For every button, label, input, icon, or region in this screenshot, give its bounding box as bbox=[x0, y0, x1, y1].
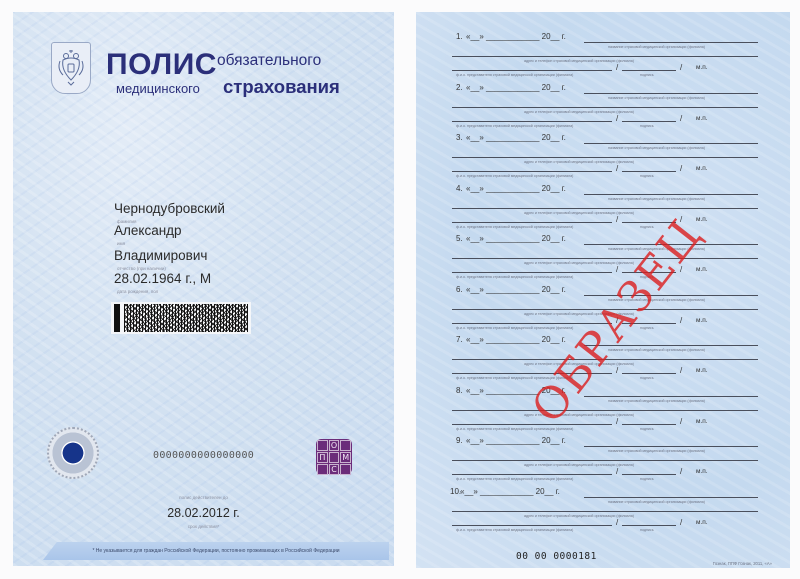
signature-caption: подпись bbox=[640, 73, 654, 77]
surname-value: Чернодубровский bbox=[114, 201, 225, 216]
date-field[interactable]: «__» ____________ 20__ г. bbox=[466, 83, 566, 92]
slash-left: / bbox=[616, 215, 618, 224]
insurer-record-row: 4.«__» ____________ 20__ г.название стра… bbox=[416, 184, 790, 234]
date-field[interactable]: «__» ____________ 20__ г. bbox=[466, 184, 566, 193]
serial-number: 00 00 0000181 bbox=[516, 551, 597, 562]
representative-caption: ф.и.о. представителя страховой медицинск… bbox=[456, 477, 573, 481]
org-name-caption: название страховой медицинской организац… bbox=[608, 45, 705, 49]
slash-left: / bbox=[616, 164, 618, 173]
representative-caption: ф.и.о. представителя страховой медицинск… bbox=[456, 124, 573, 128]
barcode-guard-bar bbox=[114, 304, 120, 332]
date-field[interactable]: «__» ____________ 20__ г. bbox=[460, 487, 560, 496]
title-medical: медицинского bbox=[116, 81, 200, 96]
row-number: 7. bbox=[456, 335, 463, 344]
representative-caption: ф.и.о. представителя страховой медицинск… bbox=[456, 326, 573, 330]
stamp-place: м.п. bbox=[696, 468, 708, 475]
org-name-caption: название страховой медицинской организац… bbox=[608, 449, 705, 453]
row-number: 4. bbox=[456, 184, 463, 193]
date-field[interactable]: «__» ____________ 20__ г. bbox=[466, 234, 566, 243]
insurer-record-row: 3.«__» ____________ 20__ г.название стра… bbox=[416, 133, 790, 183]
birthdate-sex-value: 28.02.1964 г., М bbox=[114, 271, 211, 286]
signature-caption: подпись bbox=[640, 124, 654, 128]
title-polis: ПОЛИС bbox=[106, 48, 217, 82]
org-name-caption: название страховой медицинской организац… bbox=[608, 197, 705, 201]
insurer-record-row: 10.«__» ____________ 20__ г.название стр… bbox=[416, 487, 790, 537]
valid-until-date: 28.02.2012 г. bbox=[13, 506, 394, 520]
representative-line[interactable] bbox=[452, 525, 612, 526]
stamp-place: м.п. bbox=[696, 165, 708, 172]
signature-line[interactable] bbox=[622, 121, 676, 122]
org-name-line[interactable] bbox=[584, 396, 758, 397]
slash-right: / bbox=[680, 114, 682, 123]
signature-caption: подпись bbox=[640, 225, 654, 229]
barcode-pattern bbox=[124, 304, 248, 332]
row-number: 1. bbox=[456, 32, 463, 41]
representative-line[interactable] bbox=[452, 474, 612, 475]
title-obligatory: обязательного bbox=[217, 52, 321, 70]
stamp-place: м.п. bbox=[696, 216, 708, 223]
org-address-line[interactable] bbox=[452, 208, 758, 209]
birthdate-sex-caption: дата рождения, пол bbox=[117, 289, 158, 294]
slash-right: / bbox=[680, 316, 682, 325]
signature-line[interactable] bbox=[622, 373, 676, 374]
signature-line[interactable] bbox=[622, 474, 676, 475]
representative-line[interactable] bbox=[452, 70, 612, 71]
row-number: 5. bbox=[456, 234, 463, 243]
row-number: 6. bbox=[456, 285, 463, 294]
stamp-place: м.п. bbox=[696, 115, 708, 122]
signature-caption: подпись bbox=[640, 528, 654, 532]
oms-logo-cell: М bbox=[340, 452, 351, 463]
date-field[interactable]: «__» ____________ 20__ г. bbox=[466, 335, 566, 344]
org-address-line[interactable] bbox=[452, 511, 758, 512]
slash-left: / bbox=[616, 467, 618, 476]
policy-front-page: ПОЛИС обязательного медицинского страхов… bbox=[13, 12, 394, 566]
slash-left: / bbox=[616, 518, 618, 527]
slash-right: / bbox=[680, 63, 682, 72]
date-field[interactable]: «__» ____________ 20__ г. bbox=[466, 285, 566, 294]
representative-caption: ф.и.о. представителя страховой медицинск… bbox=[456, 528, 573, 532]
stamp-place: м.п. bbox=[696, 367, 708, 374]
signature-caption: подпись bbox=[640, 477, 654, 481]
representative-caption: ф.и.о. представителя страховой медицинск… bbox=[456, 225, 573, 229]
representative-caption: ф.и.о. представителя страховой медицинск… bbox=[456, 275, 573, 279]
row-number: 3. bbox=[456, 133, 463, 142]
first-name-value: Александр bbox=[114, 223, 182, 238]
date-field[interactable]: «__» ____________ 20__ г. bbox=[466, 32, 566, 41]
signature-caption: подпись bbox=[640, 376, 654, 380]
slash-left: / bbox=[616, 114, 618, 123]
first-name-caption: имя bbox=[117, 241, 125, 246]
slash-left: / bbox=[616, 265, 618, 274]
date-field[interactable]: «__» ____________ 20__ г. bbox=[466, 133, 566, 142]
representative-line[interactable] bbox=[452, 171, 612, 172]
org-name-caption: название страховой медицинской организац… bbox=[608, 500, 705, 504]
oms-logo-cell bbox=[317, 464, 328, 475]
org-address-line[interactable] bbox=[452, 410, 758, 411]
oms-logo-cell bbox=[329, 452, 340, 463]
insurer-record-row: 8.«__» ____________ 20__ г.название стра… bbox=[416, 386, 790, 436]
valid-until-caption: полис действителен до bbox=[13, 495, 394, 500]
org-name-line[interactable] bbox=[584, 143, 758, 144]
slash-left: / bbox=[616, 417, 618, 426]
org-name-line[interactable] bbox=[584, 194, 758, 195]
insurer-record-row: 2.«__» ____________ 20__ г.название стра… bbox=[416, 83, 790, 133]
signature-line[interactable] bbox=[622, 171, 676, 172]
insurer-record-row: 9.«__» ____________ 20__ г.название стра… bbox=[416, 436, 790, 486]
stamp-place: м.п. bbox=[696, 519, 708, 526]
patronymic-value: Владимирович bbox=[114, 248, 207, 263]
slash-right: / bbox=[680, 467, 682, 476]
insurer-record-row: 5.«__» ____________ 20__ г.название стра… bbox=[416, 234, 790, 284]
oms-logo-icon: О П М С bbox=[316, 439, 352, 474]
stamp-place: м.п. bbox=[696, 64, 708, 71]
org-name-caption: название страховой медицинской организац… bbox=[608, 399, 705, 403]
slash-left: / bbox=[616, 63, 618, 72]
signature-caption: подпись bbox=[640, 174, 654, 178]
oms-logo-cell bbox=[340, 464, 351, 475]
date-field[interactable]: «__» ____________ 20__ г. bbox=[466, 436, 566, 445]
stamp-place: м.п. bbox=[696, 317, 708, 324]
org-name-line[interactable] bbox=[584, 446, 758, 447]
insurer-record-row: 1.«__» ____________ 20__ г.название стра… bbox=[416, 32, 790, 82]
org-name-line[interactable] bbox=[584, 93, 758, 94]
footer-band: * Не указывается для граждан Российской … bbox=[43, 542, 389, 560]
org-address-line[interactable] bbox=[452, 56, 758, 57]
oms-logo-cell: О bbox=[329, 440, 340, 451]
signature-line[interactable] bbox=[622, 424, 676, 425]
footnote: * Не указывается для граждан Российской … bbox=[92, 548, 339, 554]
printer-mark: Гознак, ППФ Гознак, 2011, «А» bbox=[713, 561, 772, 566]
org-name-line[interactable] bbox=[584, 42, 758, 43]
row-number: 2. bbox=[456, 83, 463, 92]
coat-of-arms-icon bbox=[51, 42, 91, 94]
org-name-caption: название страховой медицинской организац… bbox=[608, 146, 705, 150]
representative-caption: ф.и.о. представителя страховой медицинск… bbox=[456, 174, 573, 178]
slash-right: / bbox=[680, 164, 682, 173]
oms-logo-cell bbox=[340, 440, 351, 451]
ffoms-seal-icon bbox=[47, 427, 99, 479]
validity-term-caption: срок действия* bbox=[13, 524, 394, 529]
signature-line[interactable] bbox=[622, 70, 676, 71]
oms-logo-cell bbox=[317, 440, 328, 451]
row-number: 9. bbox=[456, 436, 463, 445]
stamp-place: м.п. bbox=[696, 418, 708, 425]
org-name-line[interactable] bbox=[584, 497, 758, 498]
representative-line[interactable] bbox=[452, 222, 612, 223]
policy-back-page: 1.«__» ____________ 20__ г.название стра… bbox=[416, 12, 790, 568]
signature-caption: подпись bbox=[640, 427, 654, 431]
stamp-place: м.п. bbox=[696, 266, 708, 273]
slash-right: / bbox=[680, 417, 682, 426]
representative-line[interactable] bbox=[452, 121, 612, 122]
signature-line[interactable] bbox=[622, 525, 676, 526]
representative-line[interactable] bbox=[452, 272, 612, 273]
row-number: 8. bbox=[456, 386, 463, 395]
oms-logo-cell: П bbox=[317, 452, 328, 463]
policy-number: 0000000000000000 bbox=[153, 450, 254, 461]
slash-right: / bbox=[680, 518, 682, 527]
org-address-line[interactable] bbox=[452, 460, 758, 461]
oms-logo-cell: С bbox=[329, 464, 340, 475]
representative-line[interactable] bbox=[452, 424, 612, 425]
org-name-caption: название страховой медицинской организац… bbox=[608, 96, 705, 100]
slash-right: / bbox=[680, 366, 682, 375]
barcode bbox=[111, 302, 251, 334]
representative-caption: ф.и.о. представителя страховой медицинск… bbox=[456, 73, 573, 77]
title-insurance: страхования bbox=[223, 76, 340, 98]
org-address-line[interactable] bbox=[452, 107, 758, 108]
slash-left: / bbox=[616, 366, 618, 375]
org-address-line[interactable] bbox=[452, 157, 758, 158]
org-address-line[interactable] bbox=[452, 258, 758, 259]
